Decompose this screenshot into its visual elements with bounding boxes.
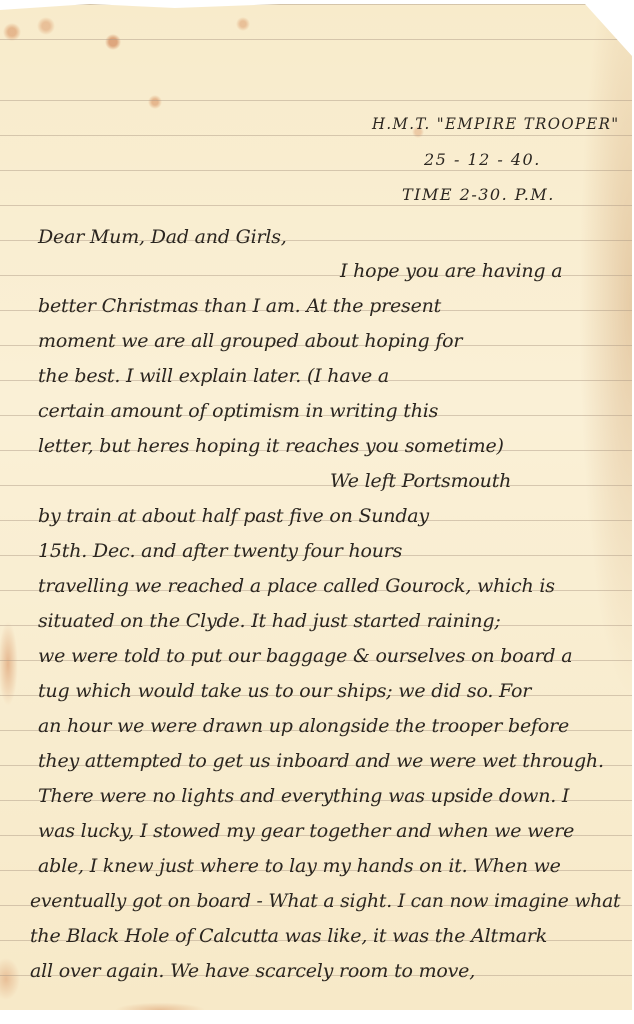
letter-line: letter, but heres hoping it reaches you …	[38, 435, 504, 457]
letter-line: the Black Hole of Calcutta was like, it …	[30, 925, 547, 947]
salutation: Dear Mum, Dad and Girls,	[38, 226, 287, 248]
letter-line: able, I knew just where to lay my hands …	[38, 855, 561, 877]
letter-line: eventually got on board - What a sight. …	[30, 890, 620, 912]
letter-line: We left Portsmouth	[330, 470, 511, 492]
letter-line: we were told to put our baggage & oursel…	[38, 645, 572, 667]
letter-line: an hour we were drawn up alongside the t…	[38, 715, 569, 737]
letter-line: by train at about half past five on Sund…	[38, 505, 429, 527]
letter-line: moment we are all grouped about hoping f…	[38, 330, 462, 352]
letter-line: better Christmas than I am. At the prese…	[38, 295, 441, 317]
letter-line: There were no lights and everything was …	[38, 785, 569, 807]
letter-page: H.M.T. "EMPIRE TROOPER" 25 - 12 - 40. TI…	[0, 4, 632, 1010]
letter-line: certain amount of optimism in writing th…	[38, 400, 438, 422]
letter-line: was lucky, I stowed my gear together and…	[38, 820, 574, 842]
letter-time: TIME 2-30. P.M.	[402, 185, 555, 204]
letter-line: the best. I will explain later. (I have …	[38, 365, 389, 387]
letter-line: they attempted to get us inboard and we …	[38, 750, 604, 772]
letter-line: 15th. Dec. and after twenty four hours	[38, 540, 402, 562]
letter-line: situated on the Clyde. It had just start…	[38, 610, 501, 632]
letter-line: travelling we reached a place called Gou…	[38, 575, 555, 597]
letter-line: I hope you are having a	[340, 260, 562, 282]
letter-line: tug which would take us to our ships; we…	[38, 680, 531, 702]
ship-name: H.M.T. "EMPIRE TROOPER"	[372, 114, 620, 133]
letter-line: all over again. We have scarcely room to…	[30, 960, 475, 982]
letter-date: 25 - 12 - 40.	[424, 150, 541, 169]
